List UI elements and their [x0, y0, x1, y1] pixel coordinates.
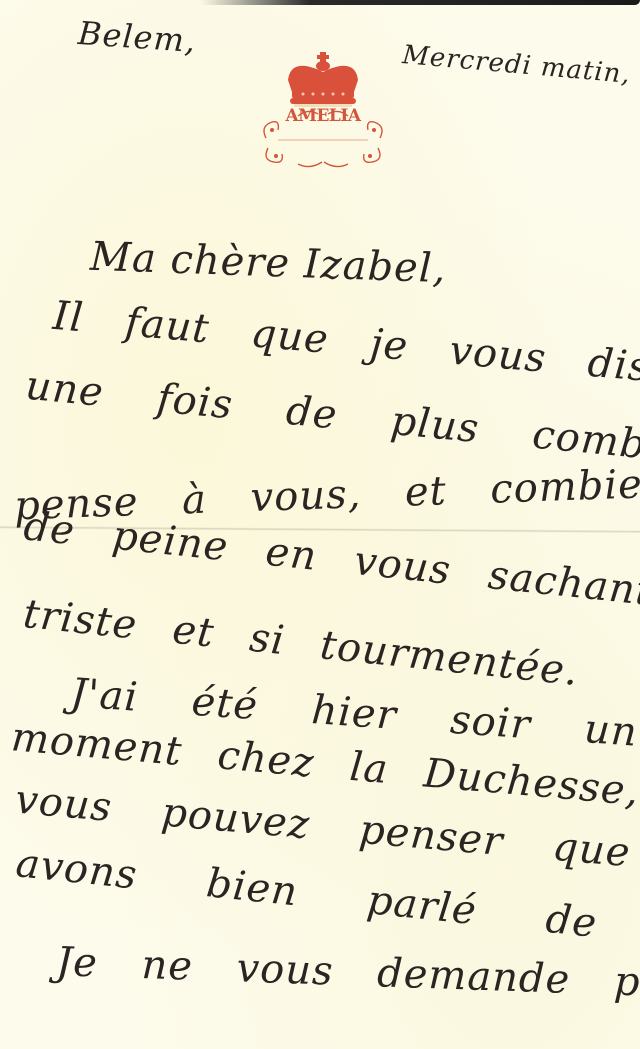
- scan-edge-shadow: [200, 0, 640, 5]
- crown-icon: [258, 50, 388, 110]
- letterhead-crest: AMELIA: [258, 50, 388, 170]
- letter-place: Belem,: [77, 14, 198, 60]
- letter-page: Belem, Mercredi matin,: [0, 0, 640, 1049]
- letter-date: Mercredi matin,: [401, 40, 632, 90]
- body-line: Je ne vous demande pas: [55, 939, 640, 1007]
- salutation: Ma chère Izabel,: [89, 234, 447, 292]
- monogram-text: AMELIA: [258, 106, 388, 126]
